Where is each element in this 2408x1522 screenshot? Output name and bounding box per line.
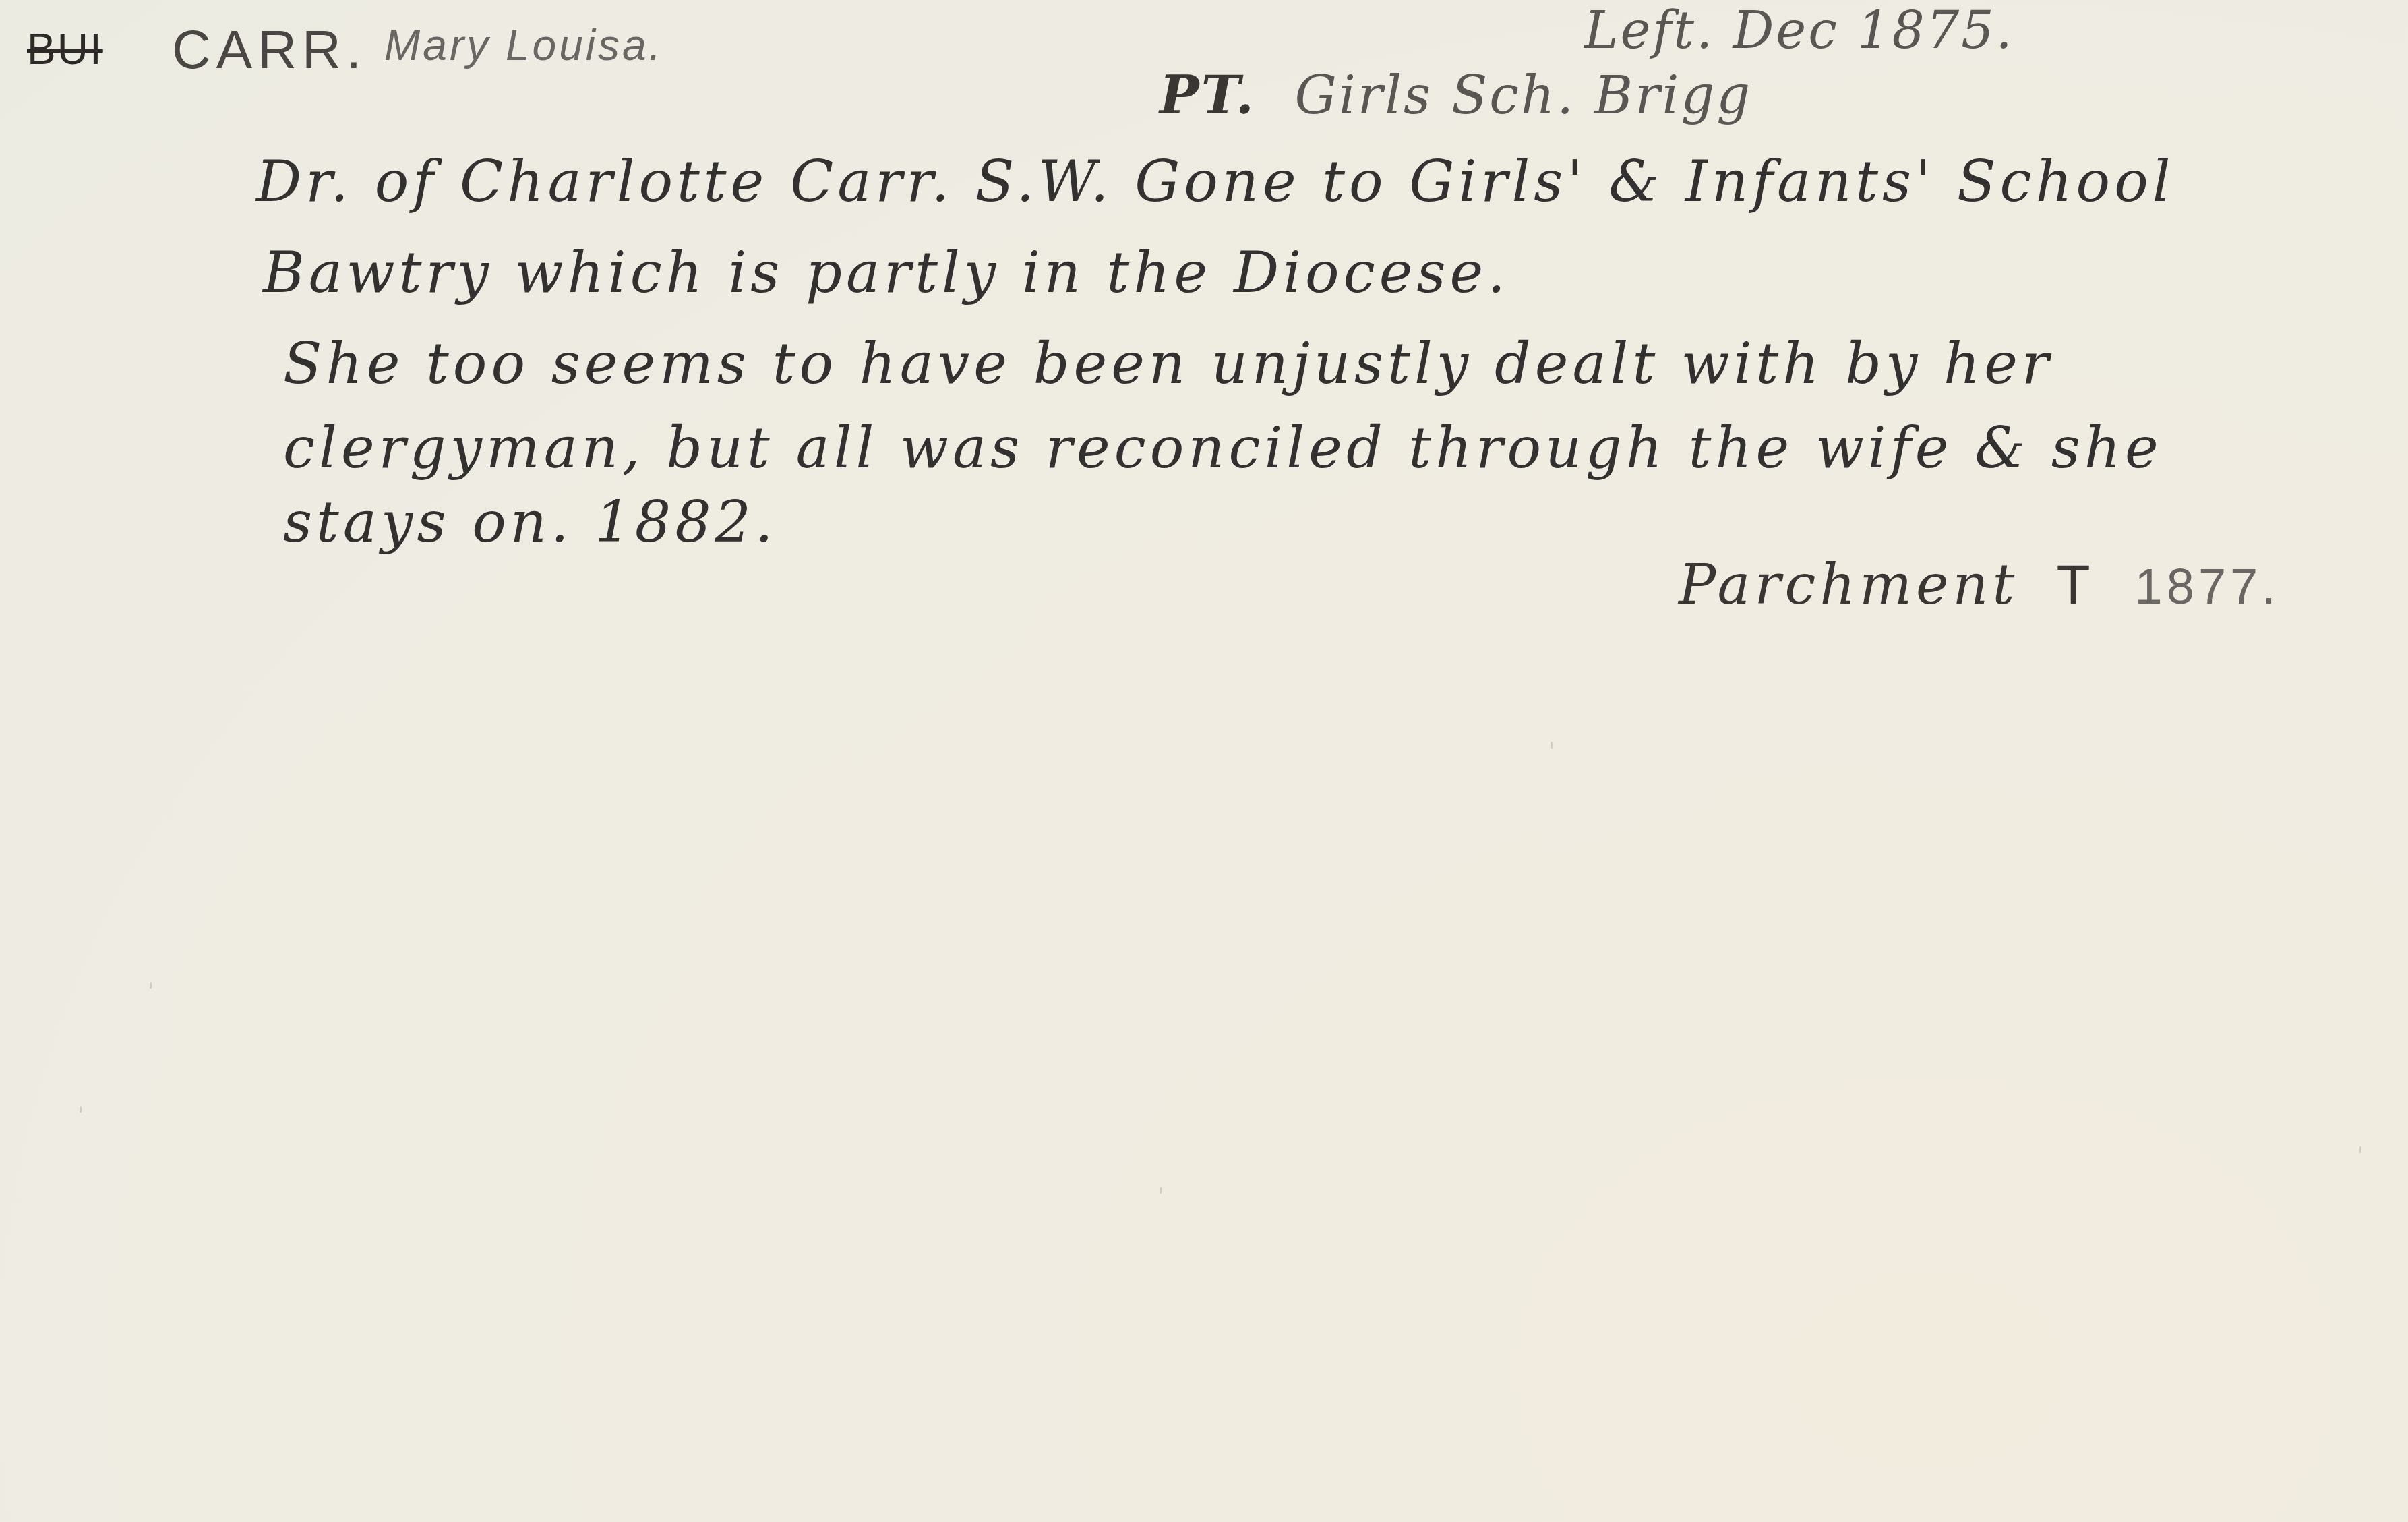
school-initials: PT. [1160, 65, 1256, 126]
parchment-label: Parchment [1679, 553, 2018, 617]
parchment-class: T [2056, 554, 2094, 616]
paper-speck [80, 1106, 82, 1113]
note-line-2: Bawtry which is partly in the Diocese. [263, 239, 1509, 305]
record-card: BUI CARR. Mary Louisa. Left. Dec 1875. P… [0, 0, 2408, 1522]
paper-speck [150, 982, 152, 989]
school-name: Girls Sch. Brigg [1295, 65, 1753, 126]
struck-reference-code: BUI [27, 24, 103, 74]
note-line-5: stays on. 1882. [283, 489, 777, 555]
note-line-1: Dr. of Charlotte Carr. S.W. Gone to Girl… [256, 148, 2175, 214]
note-line-3: She too seems to have been unjustly deal… [283, 330, 2053, 397]
left-date: Left. Dec 1875. [1584, 0, 2014, 60]
note-line-4: clergyman, but all was reconciled throug… [283, 415, 2163, 481]
surname: CARR. [172, 19, 367, 81]
parchment-year: 1877. [2135, 558, 2280, 614]
school-line: PT. Girls Sch. Brigg [1160, 65, 1752, 126]
paper-speck [2359, 1146, 2361, 1153]
paper-speck [1551, 742, 1553, 749]
forenames: Mary Louisa. [384, 20, 663, 70]
paper-speck [1160, 1187, 1162, 1194]
parchment-note: Parchment T 1877. [1679, 553, 2280, 617]
